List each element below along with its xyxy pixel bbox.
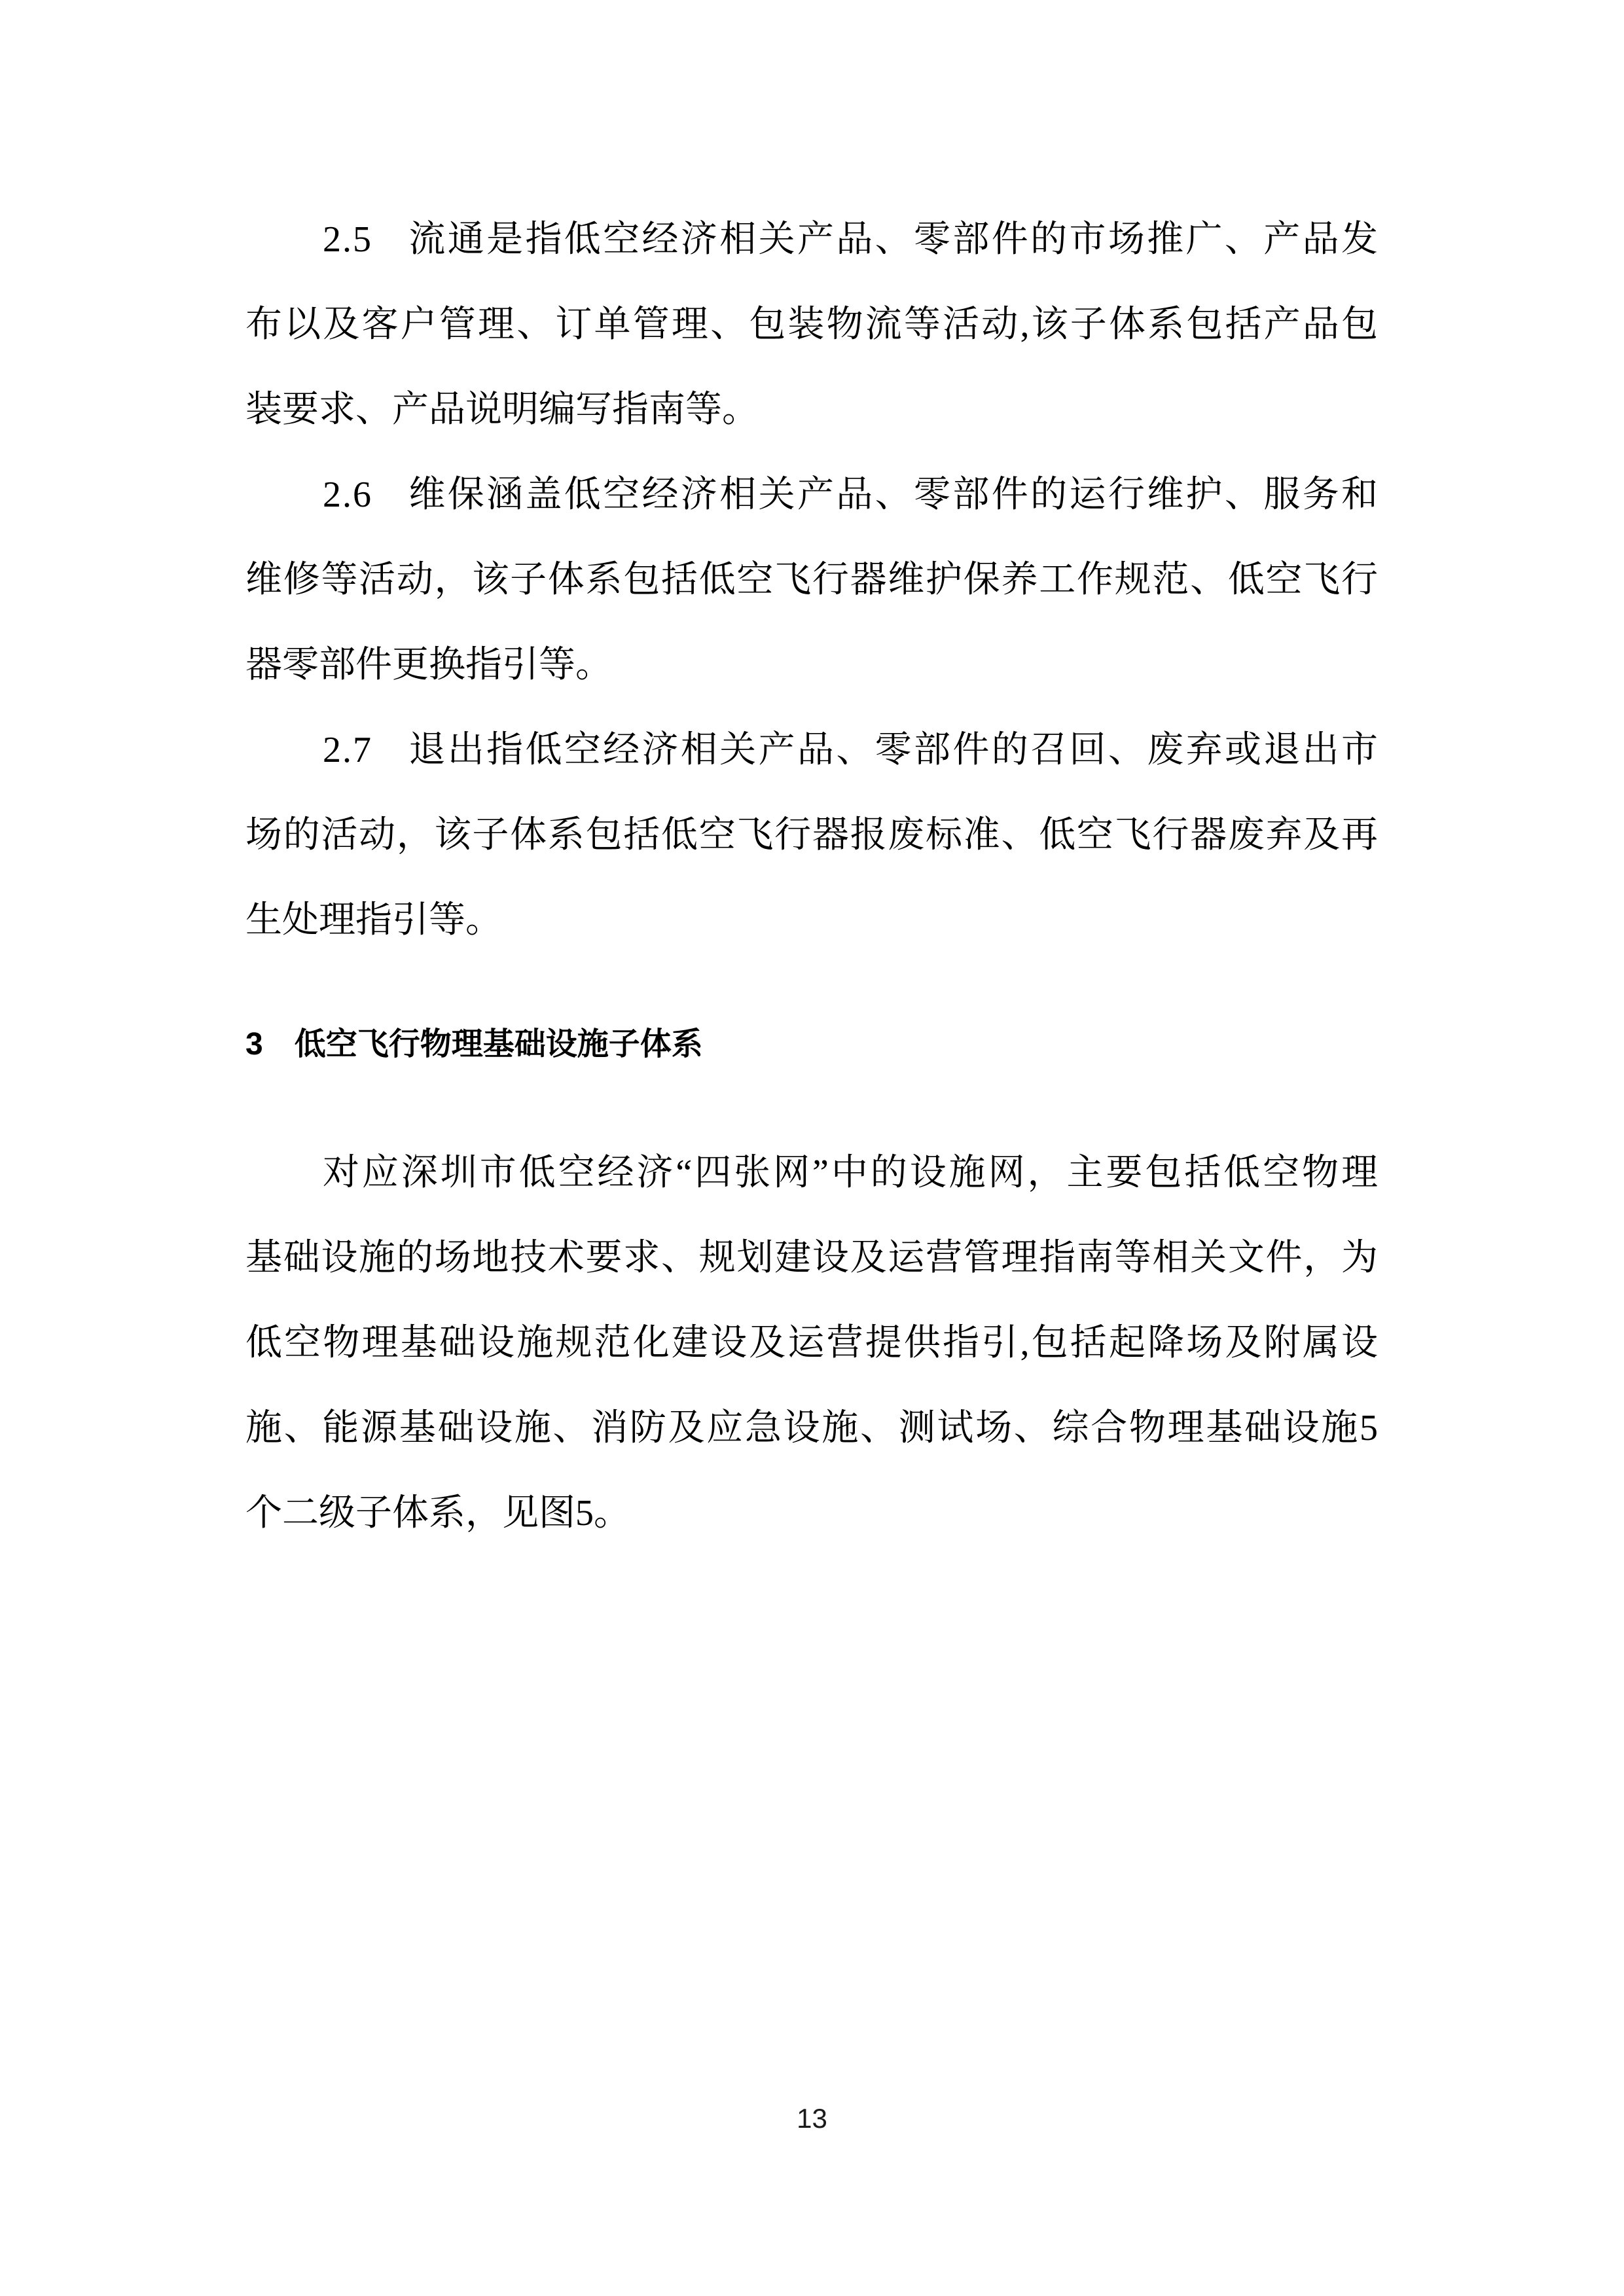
section-number: 3 <box>245 1002 263 1087</box>
text-line: 布以及客户管理、订单管理、包装物流等活动,该子体系包括产品包 <box>245 282 1378 367</box>
page-number: 13 <box>0 2099 1624 2138</box>
paragraph-2-6: 2.6维保涵盖低空经济相关产品、零部件的运行维护、服务和 维修等活动，该子体系包… <box>245 452 1378 708</box>
clause-text: 流通是指低空经济相关产品、零部件的市场推广、产品发 <box>406 219 1378 260</box>
clause-text: 退出指低空经济相关产品、零部件的召回、废弃或退出市 <box>406 730 1378 770</box>
text-line: 2.7退出指低空经济相关产品、零部件的召回、废弃或退出市 <box>245 708 1378 793</box>
text-line: 维修等活动，该子体系包括低空飞行器维护保养工作规范、低空飞行 <box>245 537 1378 622</box>
text-line: 2.5流通是指低空经济相关产品、零部件的市场推广、产品发 <box>245 197 1378 282</box>
section-paragraph: 对应深圳市低空经济“四张网”中的设施网，主要包括低空物理 基础设施的场地技术要求… <box>245 1130 1378 1556</box>
paragraph-2-7: 2.7退出指低空经济相关产品、零部件的召回、废弃或退出市 场的活动，该子体系包括… <box>245 708 1378 963</box>
text-line: 装要求、产品说明编写指南等。 <box>245 367 1378 452</box>
text-line: 场的活动，该子体系包括低空飞行器报废标准、低空飞行器废弃及再 <box>245 793 1378 878</box>
text-line: 基础设施的场地技术要求、规划建设及运营管理指南等相关文件，为 <box>245 1215 1378 1300</box>
paragraph-2-5: 2.5流通是指低空经济相关产品、零部件的市场推广、产品发 布以及客户管理、订单管… <box>245 197 1378 452</box>
document-page: 2.5流通是指低空经济相关产品、零部件的市场推广、产品发 布以及客户管理、订单管… <box>0 0 1624 2296</box>
text-line: 器零部件更换指引等。 <box>245 622 1378 708</box>
clause-number: 2.5 <box>323 197 372 282</box>
text-line: 施、能源基础设施、消防及应急设施、测试场、综合物理基础设施5 <box>245 1386 1378 1471</box>
section-title: 低空飞行物理基础设施子体系 <box>295 1027 703 1062</box>
text-line: 低空物理基础设施规范化建设及运营提供指引,包括起降场及附属设 <box>245 1300 1378 1386</box>
text-line: 个二级子体系，见图5。 <box>245 1471 1378 1556</box>
text-line: 2.6维保涵盖低空经济相关产品、零部件的运行维护、服务和 <box>245 452 1378 537</box>
text-line: 对应深圳市低空经济“四张网”中的设施网，主要包括低空物理 <box>245 1130 1378 1215</box>
clause-number: 2.7 <box>323 708 372 793</box>
clause-number: 2.6 <box>323 452 372 537</box>
text-line: 生处理指引等。 <box>245 878 1378 963</box>
section-heading: 3低空飞行物理基础设施子体系 <box>245 1002 1378 1087</box>
clause-text: 维保涵盖低空经济相关产品、零部件的运行维护、服务和 <box>406 475 1378 515</box>
